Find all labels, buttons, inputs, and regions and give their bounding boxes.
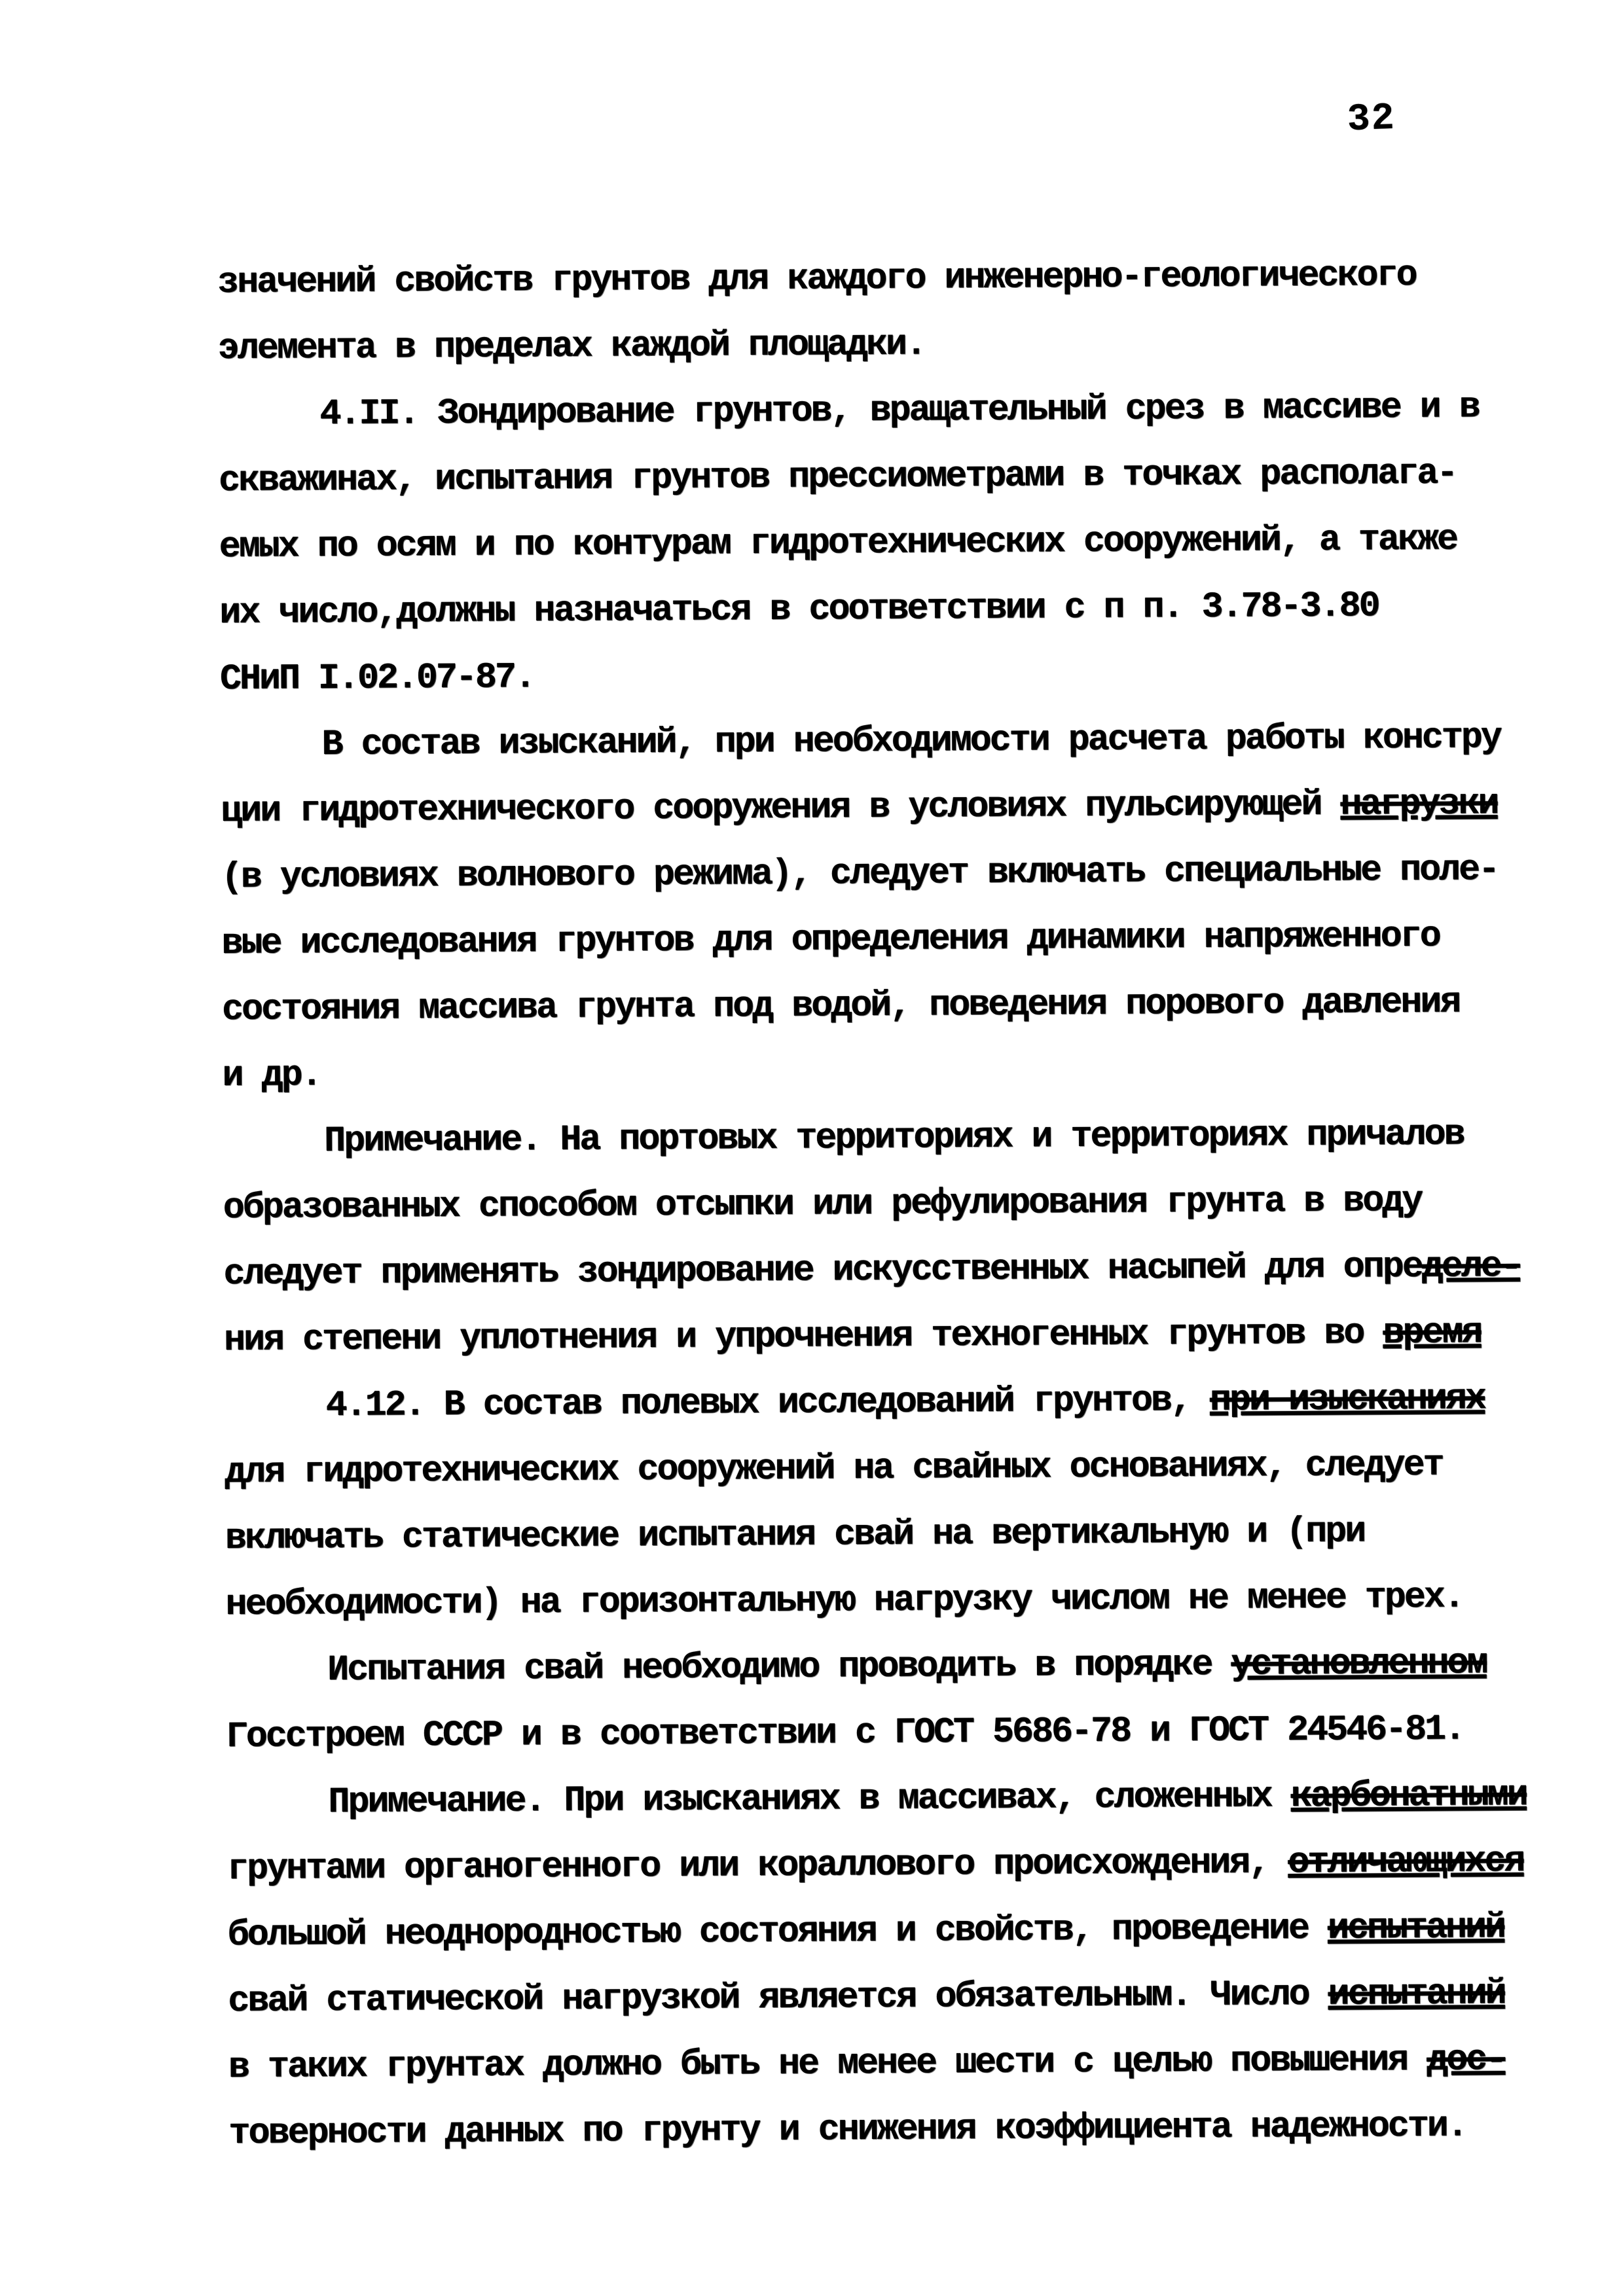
line-text: ции гидротехнического сооружения в услов… bbox=[221, 784, 1341, 832]
line-text: в таких грунтах должно быть не менее шес… bbox=[228, 2039, 1427, 2088]
text-line: включать статические испытания свай на в… bbox=[225, 1510, 1548, 1584]
text-line: (в условиях волнового режима), следует в… bbox=[221, 849, 1544, 923]
text-line: в таких грунтах должно быть не менее шес… bbox=[228, 2039, 1552, 2113]
overstruck-word: деле- bbox=[1422, 1246, 1520, 1287]
text-line: их число,должны назначаться в соответств… bbox=[219, 584, 1542, 658]
text-line: свай статической нагрузкой является обяз… bbox=[228, 1973, 1551, 2047]
text-line: и др. bbox=[222, 1047, 1545, 1121]
scanned-page: 32 значений свойств грунтов для каждого … bbox=[0, 0, 1621, 2296]
overstruck-word: время bbox=[1383, 1312, 1481, 1354]
line-text: 4.12. В состав полевых исследований грун… bbox=[325, 1380, 1210, 1426]
line-text: состояния массива грунта под водой, пове… bbox=[222, 981, 1460, 1030]
line-text: для гидротехнических сооружений на свайн… bbox=[225, 1444, 1443, 1493]
text-line: В состав изысканий, при необходимости ра… bbox=[220, 717, 1543, 791]
text-line: товерности данных по грунту и снижения к… bbox=[228, 2105, 1552, 2179]
line-text: (в условиях волнового режима), следует в… bbox=[221, 849, 1499, 898]
line-text: ния степени уплотнения и упрочнения техн… bbox=[224, 1312, 1383, 1361]
line-text: образованных способом отсыпки или рефули… bbox=[223, 1180, 1422, 1229]
text-line: 4.II. Зондирование грунтов, вращательный… bbox=[218, 386, 1541, 460]
overstruck-word: при изысканиях bbox=[1210, 1378, 1485, 1421]
text-line: грунтами органогенного или кораллового п… bbox=[227, 1840, 1550, 1914]
text-line: емых по осям и по контурам гидротехничес… bbox=[219, 518, 1542, 592]
line-text: вые исследования грунтов для определения… bbox=[221, 916, 1440, 964]
line-text: необходимости) на горизонтальную нагрузк… bbox=[225, 1576, 1463, 1625]
line-text: включать статические испытания свай на в… bbox=[225, 1511, 1365, 1559]
line-text: Примечание. На портовых территориях и те… bbox=[324, 1113, 1464, 1162]
page-number: 32 bbox=[1347, 98, 1396, 142]
text-line: Госстроем СССР и в соответствии с ГОСТ 5… bbox=[227, 1708, 1550, 1782]
line-text: емых по осям и по контурам гидротехничес… bbox=[219, 518, 1457, 567]
text-line: СНиП I.02.07-87. bbox=[220, 651, 1543, 725]
line-text: свай статической нагрузкой является обяз… bbox=[228, 1974, 1328, 2022]
line-text: Госстроем СССР и в соответствии с ГОСТ 5… bbox=[227, 1708, 1465, 1757]
line-text: скважинах, испытания грунтов прессиометр… bbox=[219, 452, 1457, 501]
text-line: следует применять зондирование искусстве… bbox=[223, 1246, 1546, 1319]
line-text: товерности данных по грунту и снижения к… bbox=[228, 2105, 1466, 2154]
line-text: грунтами органогенного или кораллового п… bbox=[227, 1842, 1288, 1890]
overstruck-word: нагрузки bbox=[1340, 783, 1497, 825]
line-text: их число,должны назначаться в соответств… bbox=[219, 585, 1379, 634]
text-line: необходимости) на горизонтальную нагрузк… bbox=[225, 1576, 1548, 1650]
text-line: 4.12. В состав полевых исследований грун… bbox=[224, 1378, 1547, 1452]
line-text: СНиП I.02.07-87. bbox=[220, 656, 534, 700]
text-line: вые исследования грунтов для определения… bbox=[221, 915, 1544, 989]
line-text: элемента в пределах каждой площадки. bbox=[218, 323, 926, 369]
line-text: и др. bbox=[222, 1054, 320, 1096]
text-line: образованных способом отсыпки или рефули… bbox=[223, 1179, 1546, 1253]
text-line: для гидротехнических сооружений на свайн… bbox=[225, 1444, 1548, 1518]
line-text: большой неоднородностью состояния и свой… bbox=[227, 1908, 1328, 1956]
text-line: значений свойств грунтов для каждого инж… bbox=[217, 254, 1540, 328]
line-text: Примечание. При изысканиях в массивах, с… bbox=[328, 1776, 1291, 1823]
line-text: В состав изысканий, при необходимости ра… bbox=[321, 717, 1501, 765]
document-text-block: значений свойств грунтов для каждого инж… bbox=[217, 254, 1552, 2179]
line-text: значений свойств грунтов для каждого инж… bbox=[217, 255, 1416, 303]
overstruck-word: испытаний bbox=[1328, 1907, 1504, 1949]
text-line: ния степени уплотнения и упрочнения техн… bbox=[224, 1312, 1547, 1386]
overstruck-word: отличающихся bbox=[1288, 1840, 1523, 1883]
text-line: Примечание. На портовых территориях и те… bbox=[223, 1113, 1546, 1187]
line-text: 4.II. Зондирование грунтов, вращательный… bbox=[319, 386, 1479, 435]
overstruck-word: дос- bbox=[1427, 2039, 1505, 2081]
text-line: скважинах, испытания грунтов прессиометр… bbox=[219, 452, 1542, 526]
overstruck-word: испытаний bbox=[1328, 1973, 1504, 2015]
text-line: Примечание. При изысканиях в массивах, с… bbox=[227, 1774, 1550, 1848]
text-line: Испытания свай необходимо проводить в по… bbox=[226, 1642, 1549, 1716]
text-line: состояния массива грунта под водой, пове… bbox=[222, 981, 1545, 1055]
text-line: ции гидротехнического сооружения в услов… bbox=[221, 783, 1544, 857]
overstruck-word: установленном bbox=[1231, 1642, 1486, 1685]
text-line: элемента в пределах каждой площадки. bbox=[218, 320, 1541, 394]
line-text: следует применять зондирование искусстве… bbox=[223, 1246, 1422, 1295]
text-line: большой неоднородностью состояния и свой… bbox=[227, 1907, 1550, 1981]
line-text: Испытания свай необходимо проводить в по… bbox=[327, 1644, 1231, 1691]
overstruck-word: карбонатными bbox=[1290, 1774, 1526, 1817]
